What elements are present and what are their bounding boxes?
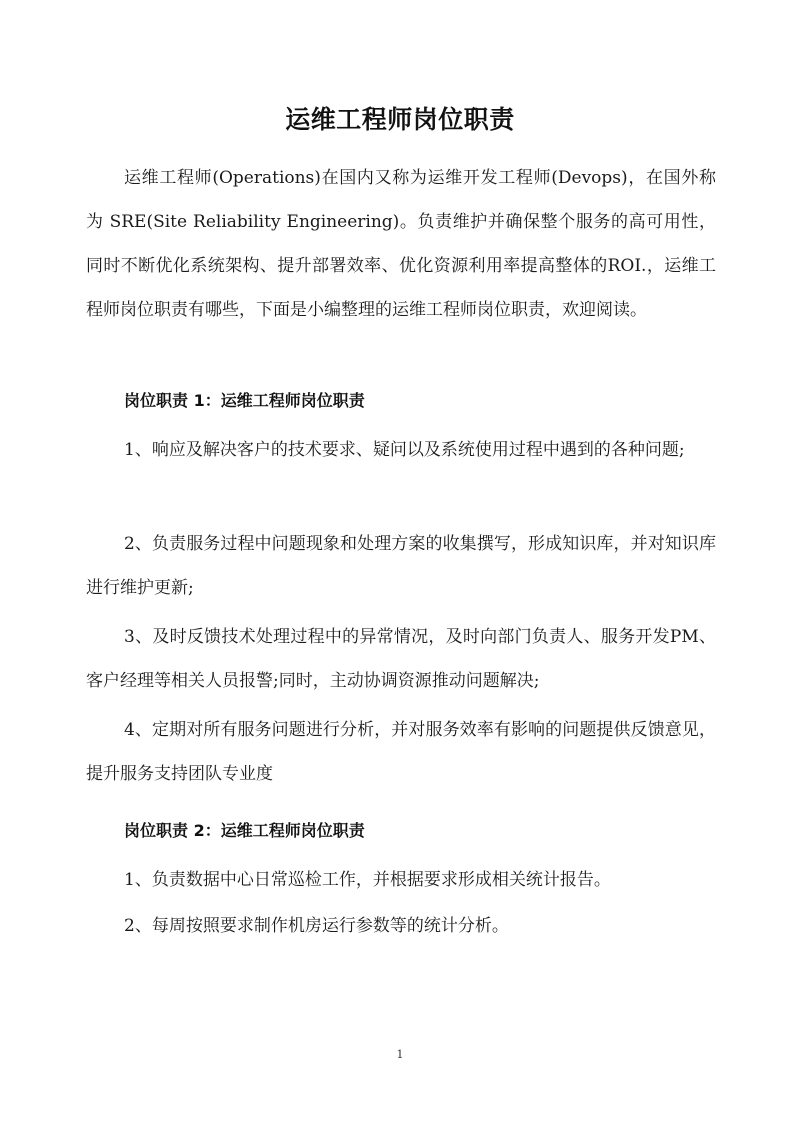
section-heading-2: 岗位职责 2：运维工程师岗位职责 (124, 818, 365, 841)
section-heading-1: 岗位职责 1：运维工程师岗位职责 (124, 388, 365, 411)
document-page: 运维工程师岗位职责 运维工程师(Operations)在国内又称为运维开发工程师… (0, 0, 800, 1132)
list-item: 1、负责数据中心日常巡检工作，并根据要求形成相关统计报告。 (86, 858, 716, 902)
page-number: 1 (0, 1048, 800, 1061)
list-item: 1、响应及解决客户的技术要求、疑问以及系统使用过程中遇到的各种问题; (86, 428, 716, 472)
list-item: 3、及时反馈技术处理过程中的异常情况，及时向部门负责人、服务开发PM、客户经理等… (86, 615, 716, 703)
intro-paragraph: 运维工程师(Operations)在国内又称为运维开发工程师(Devops)，在… (86, 156, 716, 332)
list-item: 2、每周按照要求制作机房运行参数等的统计分析。 (86, 904, 716, 948)
list-item: 4、定期对所有服务问题进行分析，并对服务效率有影响的问题提供反馈意见，提升服务支… (86, 708, 716, 796)
list-item: 2、负责服务过程中问题现象和处理方案的收集撰写，形成知识库，并对知识库进行维护更… (86, 522, 716, 610)
page-title: 运维工程师岗位职责 (0, 100, 800, 136)
